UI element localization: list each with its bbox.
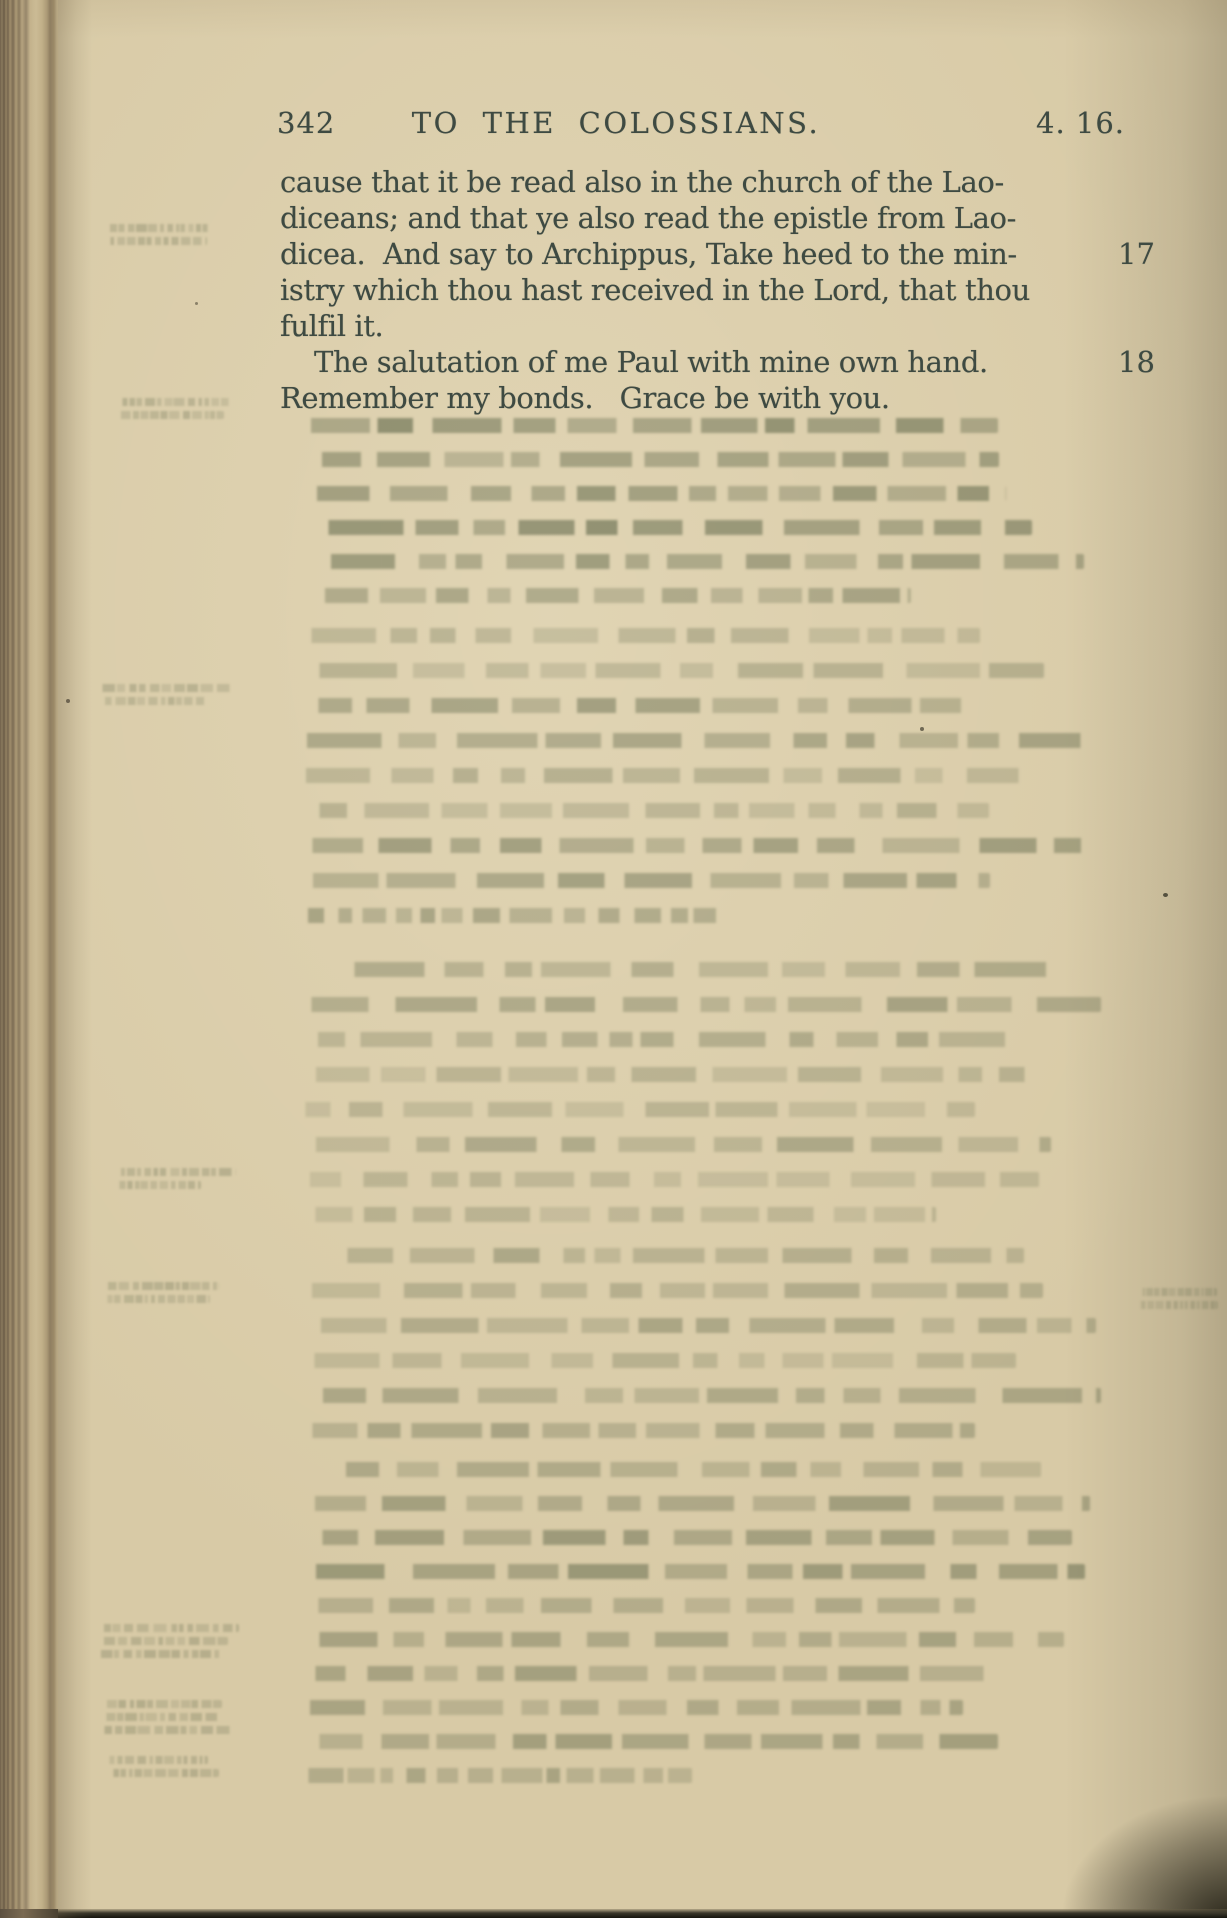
page-surface: 342 TO THE COLOSSIANS. 4. 16. cause that… bbox=[58, 0, 1227, 1918]
bleedthrough-margin-note bbox=[98, 1650, 220, 1658]
verse-number-17: 17 bbox=[1118, 236, 1155, 272]
bleedthrough-line bbox=[297, 1564, 1085, 1579]
bleedthrough-line bbox=[296, 698, 980, 713]
bleedthrough-line bbox=[296, 1067, 1029, 1082]
bleedthrough-margin-note bbox=[101, 1637, 228, 1645]
body-line: diceans; and that ye also read the epist… bbox=[280, 200, 1016, 236]
bleedthrough-line bbox=[307, 554, 1084, 569]
bleedthrough-line bbox=[307, 520, 1032, 535]
bleedthrough-line bbox=[298, 1102, 975, 1117]
bleedthrough-line bbox=[302, 997, 1101, 1012]
bleedthrough-margin-note bbox=[103, 1726, 232, 1734]
scan-bottom-edge-left bbox=[0, 1909, 58, 1918]
bleedthrough-margin-note bbox=[106, 1282, 219, 1290]
bleedthrough-line bbox=[297, 1353, 1016, 1368]
bleedthrough-line bbox=[298, 663, 1044, 678]
bleedthrough-line bbox=[305, 588, 911, 603]
bleedthrough-margin-note bbox=[100, 684, 232, 692]
bleedthrough-line bbox=[298, 768, 1023, 783]
bleedthrough-line bbox=[297, 1423, 975, 1438]
bleedthrough-line bbox=[300, 1137, 1051, 1152]
body-line: cause that it be read also in the church… bbox=[280, 164, 1004, 200]
bleedthrough-line bbox=[297, 1598, 975, 1613]
bleedthrough-margin-note bbox=[108, 224, 210, 232]
bleedthrough-line bbox=[302, 1632, 1064, 1647]
page-header: 342 TO THE COLOSSIANS. 4. 16. bbox=[58, 106, 1227, 142]
bleedthrough-line bbox=[296, 1530, 1072, 1545]
bleedthrough-line bbox=[298, 1283, 1043, 1298]
bleedthrough-line bbox=[306, 486, 1006, 501]
bleedthrough-line bbox=[300, 1032, 1018, 1047]
body-line: fulfil it. bbox=[280, 308, 383, 344]
bleedthrough-line bbox=[303, 1666, 996, 1681]
bleedthrough-line bbox=[299, 628, 980, 643]
bleedthrough-margin-note bbox=[121, 398, 231, 406]
bleedthrough-margin-note bbox=[110, 1769, 219, 1777]
bleedthrough-margin-note bbox=[106, 1295, 210, 1303]
bleedthrough-margin-note bbox=[117, 1181, 201, 1189]
paper-speck bbox=[1163, 893, 1168, 897]
bleedthrough-margin-note bbox=[1140, 1301, 1218, 1309]
bleedthrough-line bbox=[301, 1207, 936, 1222]
bleedthrough-margin-note bbox=[103, 697, 206, 705]
bleedthrough-line bbox=[296, 733, 1086, 748]
bleedthrough-margin-note bbox=[107, 237, 207, 245]
bleedthrough-line bbox=[299, 1734, 998, 1749]
bleedthrough-margin-note bbox=[117, 1168, 236, 1176]
bleedthrough-line bbox=[302, 873, 990, 888]
paper-speck bbox=[195, 302, 198, 305]
page-number: 342 bbox=[277, 106, 335, 140]
paper-speck bbox=[920, 727, 924, 731]
gutter-shadow bbox=[58, 0, 92, 1918]
scanned-book-page: 342 TO THE COLOSSIANS. 4. 16. cause that… bbox=[0, 0, 1227, 1918]
page-corner-shadow bbox=[967, 1718, 1227, 1918]
bleedthrough-margin-note bbox=[119, 411, 224, 419]
bleedthrough-margin-note bbox=[1141, 1288, 1217, 1296]
bleedthrough-line bbox=[301, 803, 989, 818]
bleedthrough-line bbox=[332, 1462, 1041, 1477]
bleedthrough-margin-note bbox=[101, 1624, 239, 1632]
body-line: istry which thou hast received in the Lo… bbox=[280, 272, 1030, 308]
bleedthrough-line bbox=[298, 1318, 1096, 1333]
bleedthrough-margin-note bbox=[107, 1756, 208, 1764]
bleedthrough-line bbox=[326, 1248, 1024, 1263]
bleedthrough-line bbox=[301, 418, 998, 433]
bleedthrough-line bbox=[302, 1388, 1101, 1403]
bleedthrough-line bbox=[302, 838, 1097, 853]
chapter-verse-ref: 4. 16. bbox=[1036, 106, 1125, 140]
running-title: TO THE COLOSSIANS. bbox=[412, 106, 820, 140]
bleedthrough-line bbox=[304, 1496, 1090, 1511]
verse-number-18: 18 bbox=[1118, 344, 1155, 380]
bleedthrough-line bbox=[304, 452, 999, 467]
bleedthrough-margin-note bbox=[105, 1713, 219, 1721]
scan-bottom-edge bbox=[58, 1909, 1227, 1918]
body-line: Remember my bonds. Grace be with you. bbox=[280, 380, 890, 416]
bleedthrough-margin-note bbox=[105, 1700, 222, 1708]
book-binding-edge bbox=[0, 0, 58, 1918]
body-line: dicea. And say to Archippus, Take heed t… bbox=[280, 236, 1017, 272]
bleedthrough-line bbox=[299, 1768, 692, 1783]
body-line: The salutation of me Paul with mine own … bbox=[314, 344, 988, 380]
bleedthrough-line bbox=[301, 1172, 1039, 1187]
bleedthrough-line bbox=[297, 908, 723, 923]
bleedthrough-line bbox=[298, 1700, 963, 1715]
bleedthrough-line bbox=[331, 962, 1068, 977]
